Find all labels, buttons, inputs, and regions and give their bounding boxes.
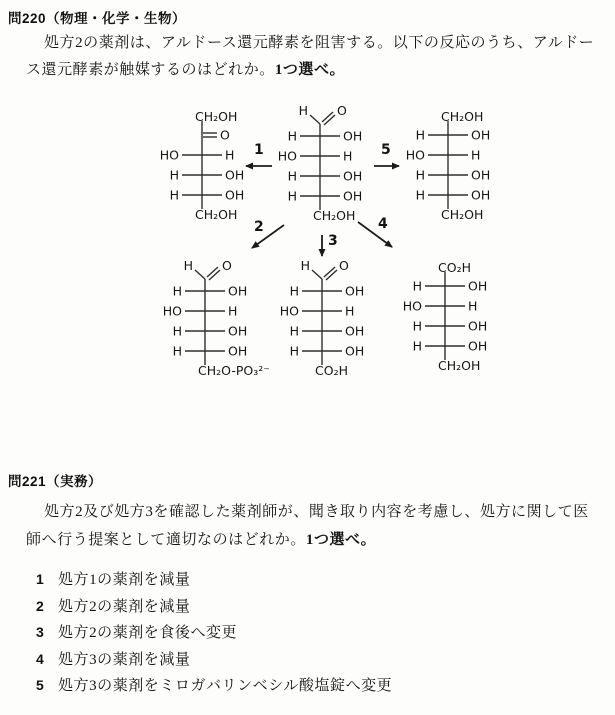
question-221-heading: 問221（実務）	[8, 470, 102, 490]
option-4: 4処方3の薬剤を減量	[36, 648, 190, 669]
exam-page: 問220（物理・化学・生物） 処方2の薬剤は、アルドース還元酵素を阻害する。以下…	[0, 0, 615, 715]
arrow-label-3: 3	[328, 233, 338, 249]
option-1-number: 1	[36, 571, 58, 587]
option-2-text: 処方2の薬剤を減量	[58, 599, 190, 615]
question-220-heading: 問220（物理・化学・生物）	[8, 7, 186, 27]
arrow-label-5: 5	[381, 142, 391, 158]
question-220-body-line2-text: ス還元酵素が触媒するのはどれか。	[26, 62, 275, 78]
question-220-body-line1: 処方2の薬剤は、アルドース還元酵素を阻害する。以下の反応のうち、アルドー	[44, 31, 594, 52]
question-221-body-line2-text: 師へ行う提案として適切なのはどれか。	[26, 532, 306, 548]
reaction-arrows	[0, 95, 615, 395]
question-220-body-line2: ス還元酵素が触媒するのはどれか。1つ選べ。	[26, 58, 345, 79]
reaction-diagram: HOHOHHOHHOHHOHCH₂OHCH₂OHOHOHHOHHOHCH₂OHC…	[0, 95, 615, 395]
question-221-select-one: 1つ選べ。	[306, 532, 376, 548]
arrow-label-1: 1	[254, 142, 264, 158]
arrow-label-4: 4	[378, 216, 388, 232]
option-3-number: 3	[36, 624, 58, 640]
option-5-text: 処方3の薬剤をミロガバリンベシル酸塩錠へ変更	[58, 678, 392, 694]
option-2: 2処方2の薬剤を減量	[36, 595, 190, 616]
option-3: 3処方2の薬剤を食後へ変更	[36, 621, 237, 642]
arrow-label-2: 2	[254, 219, 264, 235]
question-221-body-line2: 師へ行う提案として適切なのはどれか。1つ選べ。	[26, 528, 376, 549]
option-4-number: 4	[36, 651, 58, 667]
option-5-number: 5	[36, 677, 58, 693]
question-221-body-line1: 処方2及び処方3を確認した薬剤師が、聞き取り内容を考慮し、処方に関して医	[44, 500, 589, 521]
option-1-text: 処方1の薬剤を減量	[58, 572, 190, 588]
option-5: 5処方3の薬剤をミロガバリンベシル酸塩錠へ変更	[36, 674, 392, 695]
option-2-number: 2	[36, 598, 58, 614]
option-1: 1処方1の薬剤を減量	[36, 568, 190, 589]
question-220-select-one: 1つ選べ。	[275, 62, 345, 78]
option-4-text: 処方3の薬剤を減量	[58, 652, 190, 668]
option-3-text: 処方2の薬剤を食後へ変更	[58, 625, 237, 641]
